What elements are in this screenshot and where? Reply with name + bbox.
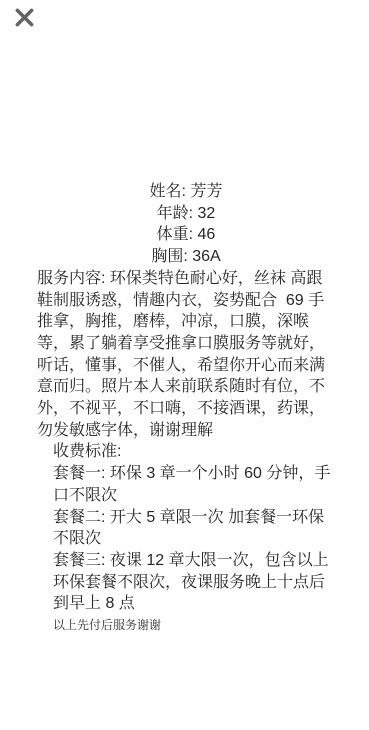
pricing-package-2: 套餐二: 开大 5 章限一次 加套餐一环保不限次 bbox=[53, 507, 335, 550]
payment-note: 以上先付后服务谢谢 bbox=[53, 615, 335, 637]
pricing-heading: 收费标准: bbox=[53, 441, 335, 463]
pricing-package-1: 套餐一: 环保 3 章一个小时 60 分钟，手口不限次 bbox=[53, 463, 335, 506]
profile-bust-line: 胸围: 36A bbox=[37, 246, 335, 268]
close-icon bbox=[14, 7, 35, 28]
pricing-section: 收费标准: 套餐一: 环保 3 章一个小时 60 分钟，手口不限次 套餐二: 开… bbox=[53, 441, 335, 615]
close-button[interactable] bbox=[10, 3, 38, 31]
service-card: 姓名: 芳芳 年龄: 32 体重: 46 胸围: 36A 服务内容: 环保类特色… bbox=[37, 181, 335, 637]
image-viewer-screen: 姓名: 芳芳 年龄: 32 体重: 46 胸围: 36A 服务内容: 环保类特色… bbox=[0, 0, 369, 730]
service-description: 服务内容: 环保类特色耐心好，丝袜 高跟鞋制服诱惑，情趣内衣，姿势配合 69 手… bbox=[37, 268, 335, 442]
profile-name-line: 姓名: 芳芳 bbox=[37, 181, 335, 203]
profile-age-line: 年龄: 32 bbox=[37, 203, 335, 225]
profile-weight-line: 体重: 46 bbox=[37, 224, 335, 246]
pricing-package-3: 套餐三: 夜课 12 章大限一次，包含以上环保套餐不限次，夜课服务晚上十点后到早… bbox=[53, 550, 335, 615]
